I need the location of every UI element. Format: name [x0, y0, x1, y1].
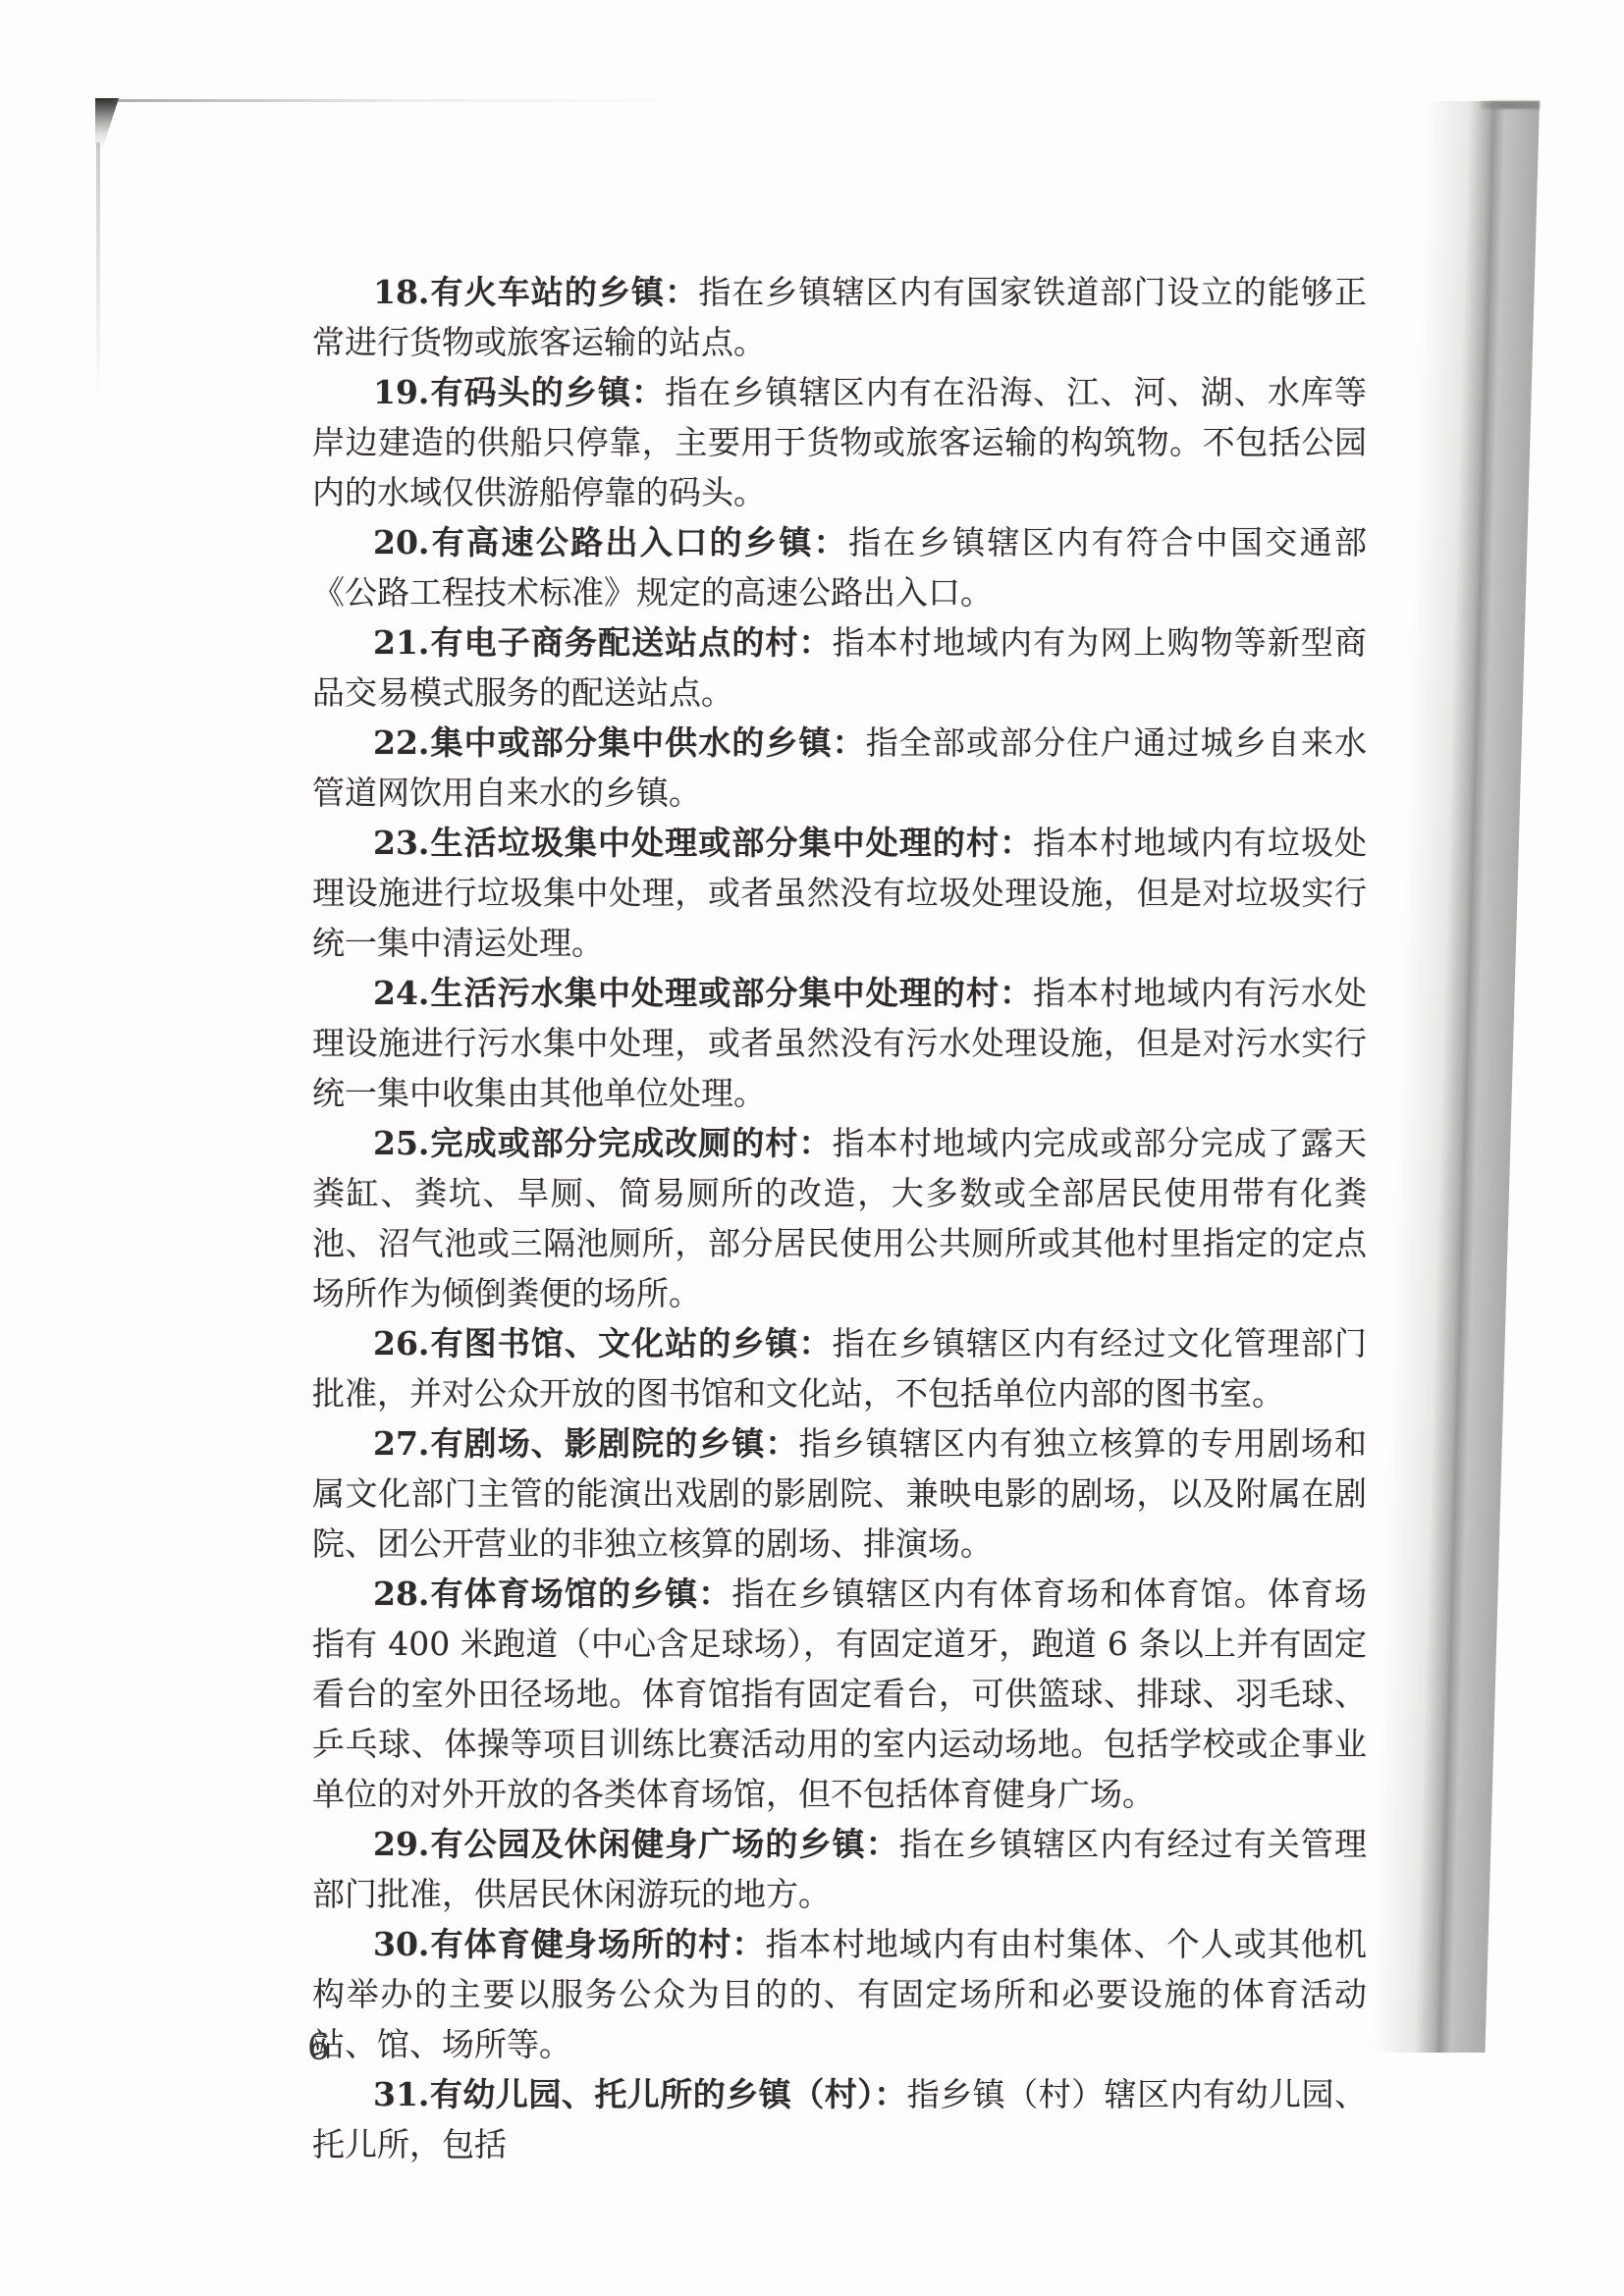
definition-term: 27.有剧场、影剧院的乡镇： — [373, 1424, 799, 1463]
definition-term: 31.有幼儿园、托儿所的乡镇（村）： — [373, 2075, 907, 2113]
definition-term: 24.生活污水集中处理或部分集中处理的村： — [373, 974, 1033, 1012]
definition-term: 23.生活垃圾集中处理或部分集中处理的村： — [373, 824, 1033, 862]
definitions-text-block: 18.有火车站的乡镇：指在乡镇辖区内有国家铁道部门设立的能够正常进行货物或旅客运… — [312, 267, 1367, 2169]
page-top-edge-shadow — [113, 99, 702, 102]
definition-term: 18.有火车站的乡镇： — [373, 273, 698, 311]
definition-item-19: 19.有码头的乡镇：指在乡镇辖区内有在沿海、江、河、湖、水库等岸边建造的供船只停… — [312, 367, 1367, 517]
definition-item-30: 30.有体育健身场所的村：指本村地域内有由村集体、个人或其他机构举办的主要以服务… — [312, 1919, 1367, 2069]
definition-item-25: 25.完成或部分完成改厕的村：指本村地域内完成或部分完成了露天粪缸、粪坑、旱厕、… — [312, 1118, 1367, 1318]
definition-item-29: 29.有公园及休闲健身广场的乡镇：指在乡镇辖区内有经过有关管理部门批准，供居民休… — [312, 1819, 1367, 1919]
definition-term: 28.有体育场馆的乡镇： — [373, 1575, 731, 1613]
definition-term: 25.完成或部分完成改厕的村： — [373, 1124, 833, 1162]
definition-item-26: 26.有图书馆、文化站的乡镇：指在乡镇辖区内有经过文化管理部门批准，并对公众开放… — [312, 1318, 1367, 1418]
definition-term: 29.有公园及休闲健身广场的乡镇： — [373, 1825, 899, 1863]
definition-item-28: 28.有体育场馆的乡镇：指在乡镇辖区内有体育场和体育馆。体育场指有 400 米跑… — [312, 1569, 1367, 1819]
definition-term: 26.有图书馆、文化站的乡镇： — [373, 1324, 833, 1362]
scan-spine-shadow — [1371, 101, 1540, 2053]
page-left-edge-shadow — [96, 142, 100, 427]
scanned-page: 18.有火车站的乡镇：指在乡镇辖区内有国家铁道部门设立的能够正常进行货物或旅客运… — [0, 0, 1624, 2296]
definition-item-18: 18.有火车站的乡镇：指在乡镇辖区内有国家铁道部门设立的能够正常进行货物或旅客运… — [312, 267, 1367, 367]
definition-item-24: 24.生活污水集中处理或部分集中处理的村：指本村地域内有污水处理设施进行污水集中… — [312, 968, 1367, 1118]
definition-item-22: 22.集中或部分集中供水的乡镇：指全部或部分住户通过城乡自来水管道网饮用自来水的… — [312, 718, 1367, 818]
definition-item-21: 21.有电子商务配送站点的村：指本村地域内有为网上购物等新型商品交易模式服务的配… — [312, 617, 1367, 718]
definition-item-20: 20.有高速公路出入口的乡镇：指在乡镇辖区内有符合中国交通部《公路工程技术标准》… — [312, 517, 1367, 617]
definition-item-23: 23.生活垃圾集中处理或部分集中处理的村：指本村地域内有垃圾处理设施进行垃圾集中… — [312, 818, 1367, 968]
definition-item-27: 27.有剧场、影剧院的乡镇：指乡镇辖区内有独立核算的专用剧场和属文化部门主管的能… — [312, 1418, 1367, 1569]
definition-term: 19.有码头的乡镇： — [373, 373, 665, 411]
definition-item-31: 31.有幼儿园、托儿所的乡镇（村）：指乡镇（村）辖区内有幼儿园、托儿所，包括 — [312, 2069, 1367, 2169]
definition-term: 20.有高速公路出入口的乡镇： — [373, 523, 848, 561]
page-number: 6 — [307, 2028, 330, 2068]
definition-term: 30.有体育健身场所的村： — [373, 1925, 765, 1963]
definition-term: 22.集中或部分集中供水的乡镇： — [373, 723, 866, 762]
definition-term: 21.有电子商务配送站点的村： — [373, 623, 833, 662]
